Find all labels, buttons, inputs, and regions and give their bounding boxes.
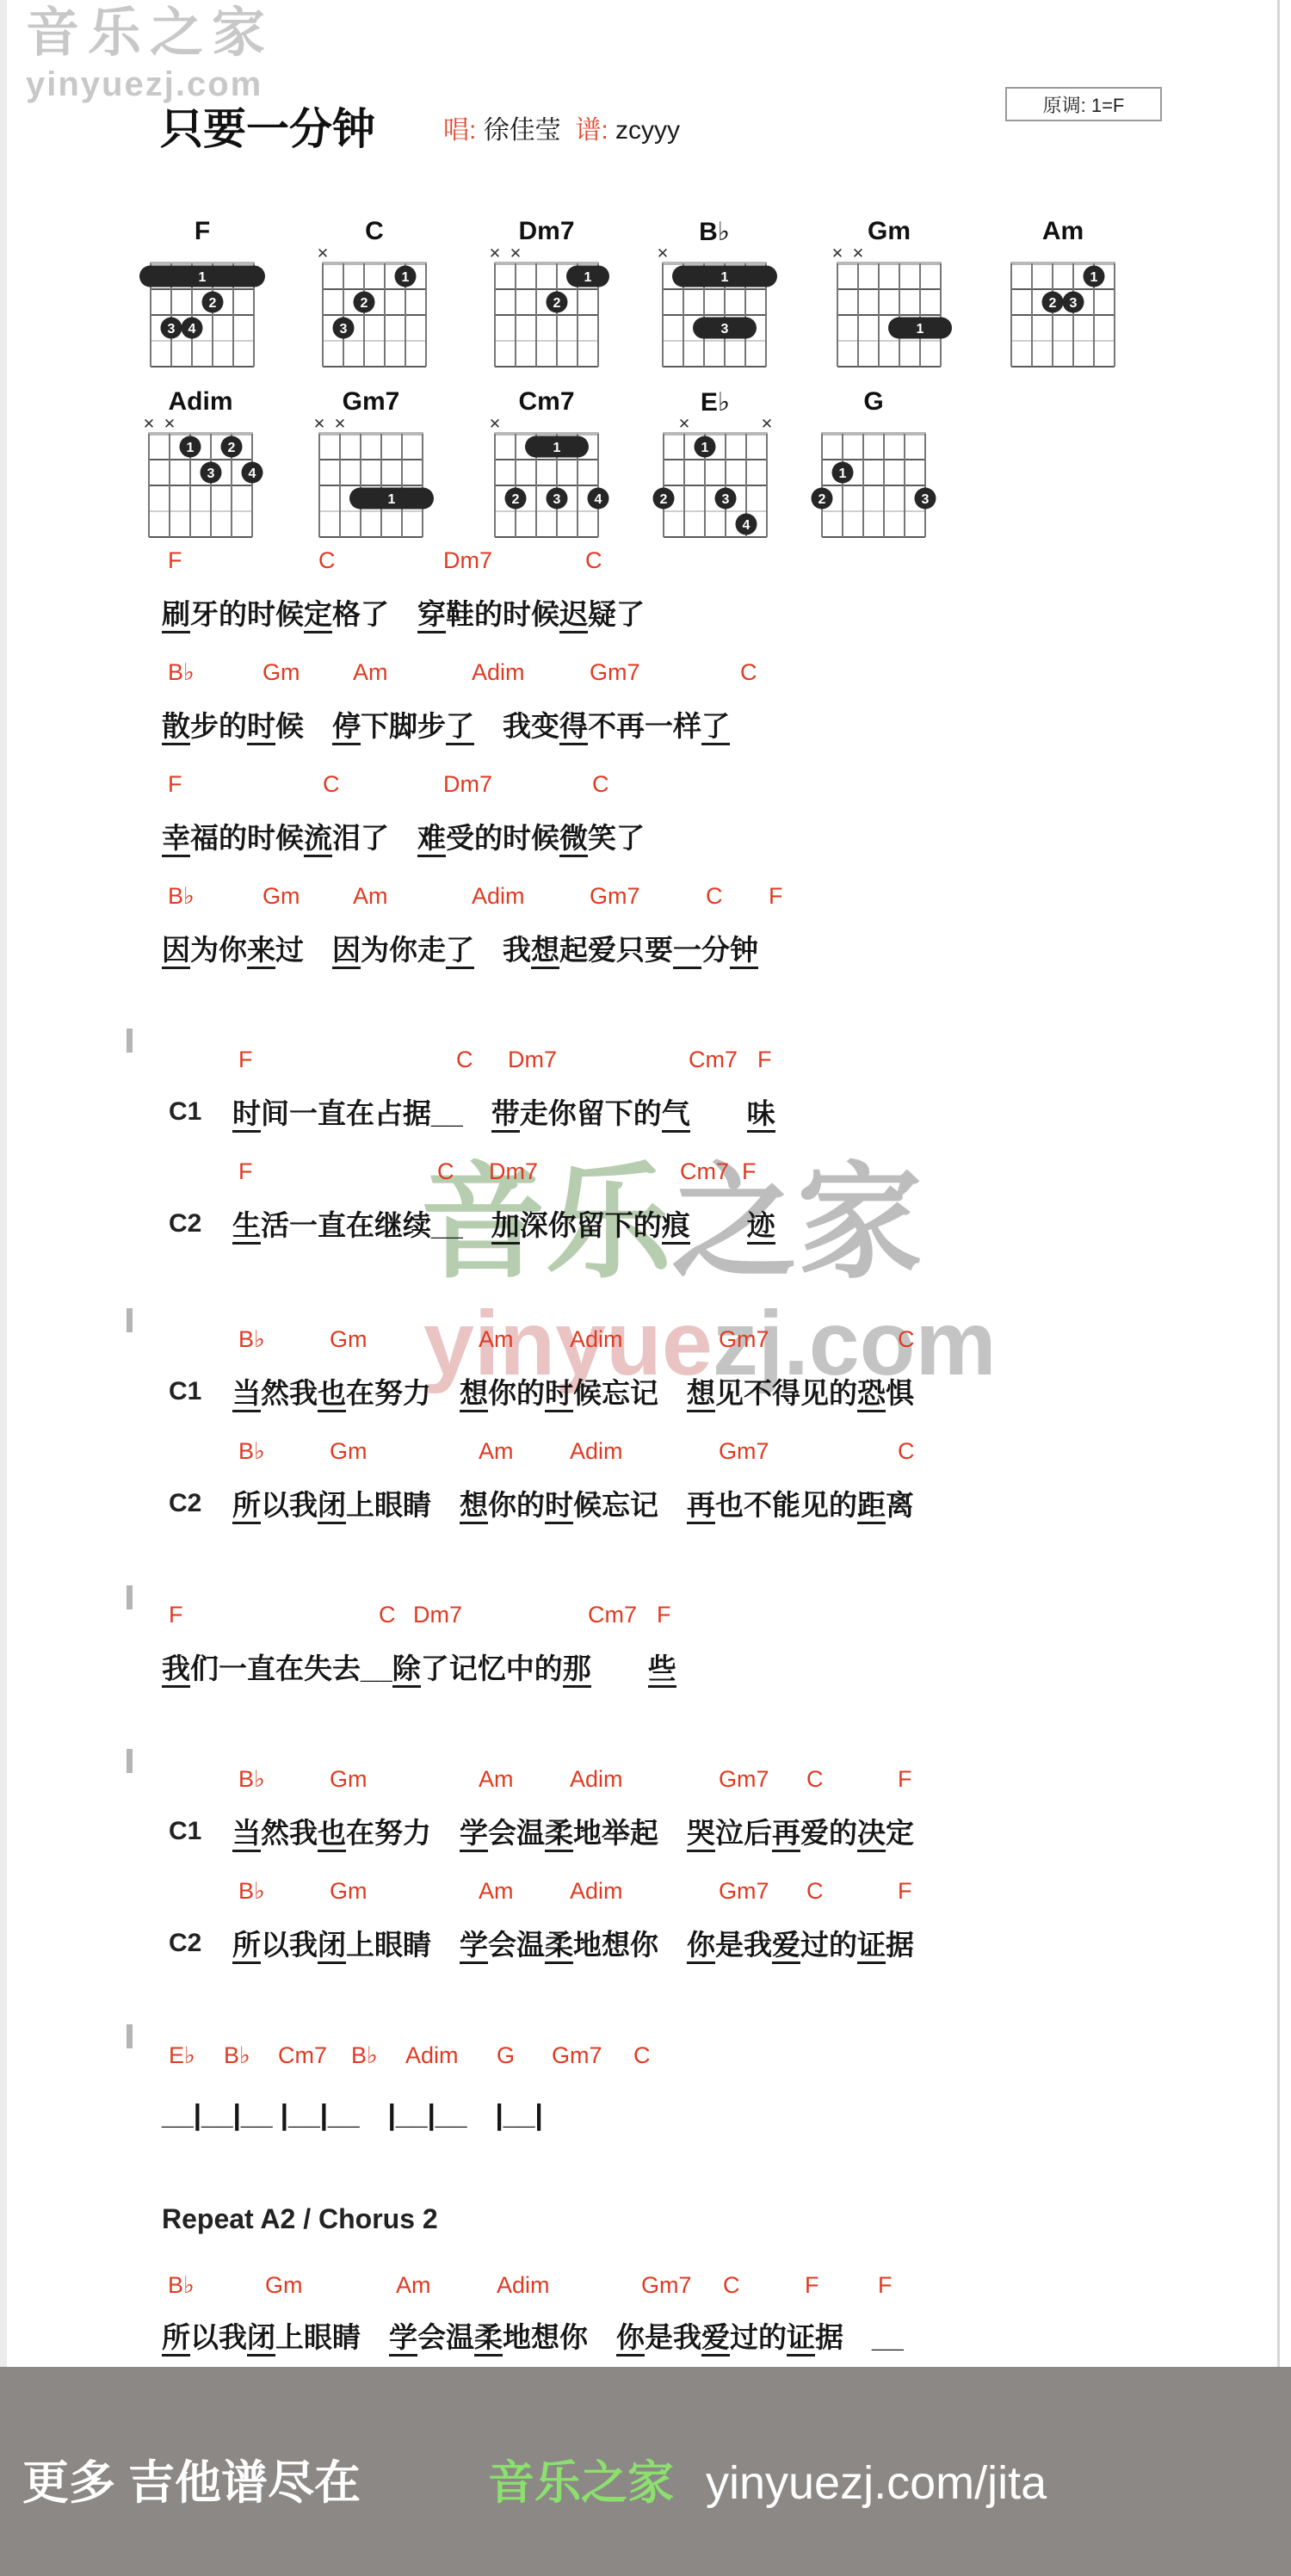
underlined-syllable: 学: [460, 1929, 488, 1964]
underlined-syllable: 那: [563, 1652, 591, 1688]
underlined-syllable: 带: [491, 1097, 520, 1133]
muted-string-x-icon: ✕: [831, 245, 843, 262]
underlined-syllable: 除: [392, 1652, 421, 1688]
chord-symbol: Gm: [265, 2272, 303, 2299]
underlined-syllable: 距: [857, 1489, 886, 1524]
muted-string-x-icon: ✕: [761, 416, 773, 432]
chorus-label-C1: C1: [169, 1377, 201, 1406]
underlined-syllable: 想: [460, 1377, 488, 1412]
chord-symbol: B♭: [238, 1326, 265, 1353]
chord-diagram-E♭: E♭✕✕1234: [651, 387, 780, 548]
chord-diagram-label: C: [310, 217, 439, 244]
chord-diagram-Adim: Adim✕✕1234: [136, 387, 265, 548]
chord-symbol: G: [497, 2042, 515, 2069]
svg-text:1: 1: [553, 441, 561, 455]
underlined-syllable: 闭: [318, 1489, 346, 1524]
svg-text:4: 4: [743, 518, 751, 533]
chord-symbol: F: [238, 1158, 253, 1185]
lyric-line-1: 刷牙的时候定格了 穿鞋的时候迟疑了: [0, 598, 1291, 639]
muted-string-x-icon: ✕: [678, 416, 690, 432]
section-marker: [127, 2024, 133, 2048]
chord-symbol: F: [898, 1878, 912, 1905]
chord-symbol: Gm: [330, 1326, 368, 1353]
underlined-syllable: 痕: [662, 1209, 690, 1245]
chord-line-12: E♭B♭Cm7B♭AdimGGm7C: [0, 2042, 1291, 2072]
lyric-line-5: C1时间一直在占据__ 带走你留下的气 味: [0, 1097, 1291, 1139]
chord-symbol: Adim: [497, 2272, 550, 2299]
underlined-syllable: 了: [701, 710, 730, 745]
underlined-syllable: 想: [531, 934, 559, 969]
svg-text:3: 3: [553, 492, 561, 507]
chord-grid-svg: ✕✕1: [306, 415, 435, 544]
svg-text:1: 1: [917, 322, 924, 337]
underlined-syllable: 想: [687, 1377, 715, 1412]
svg-text:3: 3: [1070, 296, 1078, 311]
underlined-syllable: 你: [616, 2321, 645, 2357]
chord-symbol: Adim: [472, 659, 525, 686]
underlined-syllable: 生: [232, 1209, 261, 1245]
muted-string-x-icon: ✕: [510, 245, 522, 262]
svg-text:2: 2: [818, 492, 826, 507]
svg-text:3: 3: [340, 322, 348, 337]
chord-symbol: Dm7: [443, 771, 492, 798]
lyric-text: 散步的时候 停下脚步了 我变得不再一样了: [162, 710, 730, 743]
chord-symbol: F: [657, 1602, 671, 1628]
chord-grid-svg: ✕1234: [482, 415, 611, 544]
svg-text:1: 1: [402, 270, 410, 285]
underlined-syllable: 因: [332, 934, 361, 969]
underlined-syllable: 再: [687, 1489, 715, 1524]
chord-symbol: Am: [353, 883, 388, 910]
chord-diagram-C: C✕123: [310, 217, 439, 378]
chord-symbol: Cm7: [278, 2042, 327, 2069]
singer-name: 徐佳莹: [484, 116, 561, 145]
chord-symbol: Dm7: [508, 1047, 557, 1073]
underlined-syllable: 证: [787, 2321, 815, 2357]
chord-symbol: Am: [396, 2272, 431, 2299]
chord-diagram-label: Am: [998, 217, 1127, 244]
svg-text:1: 1: [388, 492, 396, 507]
chord-diagram-label: Gm7: [306, 387, 435, 415]
muted-string-x-icon: ✕: [164, 416, 176, 432]
chord-symbol: Gm: [330, 1438, 368, 1465]
lyric-line-8: C2所以我闭上眼睛 想你的时候忘记 再也不能见的距离: [0, 1489, 1291, 1530]
chord-diagram-F: F1234: [138, 217, 267, 378]
chord-symbol: Gm7: [719, 1766, 769, 1793]
lyric-line-9: 我们一直在失去__除了记忆中的那 些: [0, 1652, 1291, 1694]
lyric-line-10: C1当然我也在努力 学会温柔地举起 哭泣后再爱的决定: [0, 1817, 1291, 1858]
svg-text:2: 2: [228, 441, 236, 455]
lyric-text: 所以我闭上眼睛 学会温柔地想你 你是我爱过的证据 __: [162, 2321, 904, 2354]
underlined-syllable: 得: [559, 710, 588, 745]
chord-grid-svg: ✕123: [310, 244, 439, 374]
lyric-text: 当然我也在努力 学会温柔地举起 哭泣后再爱的决定: [232, 1817, 914, 1850]
chord-grid-svg: ✕✕1234: [136, 415, 265, 544]
svg-text:3: 3: [722, 492, 730, 507]
underlined-syllable: 时: [545, 1377, 573, 1412]
chorus-label-C1: C1: [169, 1097, 201, 1127]
lyric-line-13: 所以我闭上眼睛 学会温柔地想你 你是我爱过的证据 __: [0, 2321, 1291, 2363]
lyric-line-11: C2所以我闭上眼睛 学会温柔地想你 你是我爱过的证据: [0, 1929, 1291, 1970]
chord-symbol: Gm: [263, 883, 300, 910]
underlined-syllable: 爱: [701, 2321, 730, 2357]
chord-symbol: F: [169, 1602, 183, 1628]
site-logo: 音乐之家 yinyuezj.com: [26, 7, 274, 102]
underlined-syllable: 恐: [857, 1377, 886, 1412]
underlined-syllable: 学: [389, 2321, 417, 2357]
svg-text:2: 2: [1049, 296, 1057, 311]
chord-symbol: Gm7: [719, 1878, 769, 1905]
underlined-syllable: 难: [417, 822, 446, 857]
chord-symbol: F: [742, 1158, 757, 1185]
footer-bar: 更多 吉他谱尽在 音乐之家 yinyuezj.com/jita: [0, 2367, 1291, 2576]
underlined-syllable: 闭: [318, 1929, 346, 1964]
chord-diagram-label: F: [138, 217, 267, 244]
underlined-syllable: 时: [545, 1489, 573, 1524]
chord-symbol: Dm7: [443, 547, 492, 574]
underlined-syllable: 了: [446, 710, 474, 745]
underlined-syllable: 你: [687, 1929, 715, 1964]
muted-string-x-icon: ✕: [317, 245, 329, 262]
lyric-line-4: 因为你来过 因为你走了 我想起爱只要一分钟: [0, 934, 1291, 975]
chord-symbol: B♭: [238, 1766, 265, 1793]
lyric-line-2: 散步的时候 停下脚步了 我变得不再一样了: [0, 710, 1291, 751]
chord-line-1: FCDm7C: [0, 547, 1291, 577]
svg-text:1: 1: [721, 270, 729, 285]
chord-symbol: F: [898, 1766, 912, 1793]
underlined-syllable: 决: [857, 1817, 886, 1852]
chord-grid-svg: ✕✕1: [825, 244, 954, 374]
underlined-syllable: 也: [318, 1817, 346, 1852]
underlined-syllable: 哭: [687, 1817, 715, 1852]
chord-symbol: Adim: [570, 1326, 623, 1353]
original-key-box: 原调: 1=F: [1005, 87, 1162, 121]
underlined-syllable: 散: [162, 710, 190, 745]
muted-string-x-icon: ✕: [657, 245, 669, 262]
chord-symbol: C: [706, 883, 723, 910]
arranger-name: zcyyy: [615, 116, 680, 145]
underlined-syllable: 幸: [162, 822, 190, 857]
muted-string-x-icon: ✕: [489, 416, 501, 432]
chord-grid-svg: 123: [809, 415, 938, 544]
underlined-syllable: 流: [304, 822, 332, 857]
muted-string-x-icon: ✕: [143, 416, 155, 432]
chord-symbol: F: [769, 883, 783, 910]
svg-text:2: 2: [512, 492, 520, 507]
lyric-text: 当然我也在努力 想你的时候忘记 想见不得见的恐惧: [232, 1377, 914, 1410]
chord-sheet-page: 音乐之家 yinyuezj.com 只要一分钟 唱: 徐佳莹 谱: zcyyy …: [0, 0, 1291, 2576]
chord-symbol: F: [757, 1047, 772, 1073]
chord-symbol: B♭: [238, 1438, 265, 1465]
chord-symbol: B♭: [168, 883, 195, 910]
underlined-syllable: 了: [446, 934, 474, 969]
chord-diagram-Gm: Gm✕✕1: [825, 217, 954, 378]
song-title: 只要一分钟: [160, 95, 375, 157]
underlined-syllable: 气: [662, 1097, 690, 1133]
underlined-syllable: 因: [162, 934, 190, 969]
chord-grid-svg: ✕13: [650, 244, 779, 374]
underlined-syllable: 味: [747, 1097, 775, 1133]
underlined-syllable: 柔: [474, 2321, 503, 2357]
chord-diagram-label: Cm7: [482, 387, 611, 415]
underlined-syllable: 柔: [545, 1817, 573, 1852]
underlined-syllable: 所: [232, 1929, 261, 1964]
sing-label: 唱:: [443, 116, 476, 145]
muted-string-x-icon: ✕: [313, 416, 325, 432]
svg-text:1: 1: [839, 466, 847, 481]
chord-symbol: F: [168, 771, 182, 798]
svg-text:4: 4: [249, 466, 256, 481]
chord-symbol: C: [318, 547, 336, 574]
chorus-label-C2: C2: [169, 1929, 201, 1958]
chord-grid-svg: 1234: [138, 244, 267, 374]
chord-symbol: Gm7: [590, 659, 640, 686]
chord-symbol: E♭: [169, 2042, 195, 2069]
chorus-label-C2: C2: [169, 1489, 201, 1518]
chord-symbol: Gm7: [719, 1438, 769, 1465]
chord-line-11: B♭GmAmAdimGm7CF: [0, 1878, 1291, 1907]
section-marker: [127, 1585, 133, 1609]
chord-symbol: Gm: [330, 1878, 368, 1905]
chord-line-6: FCDm7Cm7F: [0, 1158, 1291, 1188]
chord-symbol: B♭: [224, 2042, 250, 2069]
chord-symbol: C: [898, 1438, 915, 1465]
lyric-text: __|__|__ |__|__ |__|__ |__|: [162, 2098, 543, 2131]
chord-symbol: C: [723, 2272, 740, 2299]
chord-symbol: C: [633, 2042, 651, 2069]
svg-text:2: 2: [209, 296, 217, 311]
lyric-text: 所以我闭上眼睛 想你的时候忘记 再也不能见的距离: [232, 1489, 914, 1522]
underlined-syllable: 些: [648, 1652, 676, 1688]
underlined-syllable: 爱: [772, 1929, 800, 1964]
chorus-label-C1: C1: [169, 1817, 201, 1846]
chord-symbol: C: [437, 1158, 454, 1185]
repeat-instruction: Repeat A2 / Chorus 2: [162, 2203, 438, 2235]
chorus-label-C2: C2: [169, 1209, 201, 1239]
chord-symbol: C: [740, 659, 757, 686]
underlined-syllable: 再: [772, 1817, 800, 1852]
svg-text:2: 2: [553, 296, 561, 311]
underlined-syllable: 迹: [747, 1209, 775, 1245]
chord-symbol: Am: [479, 1766, 514, 1793]
chord-symbol: C: [379, 1602, 396, 1628]
underlined-syllable: 穿: [417, 598, 446, 633]
chord-symbol: B♭: [238, 1878, 265, 1905]
credits: 唱: 徐佳莹 谱: zcyyy: [443, 108, 680, 146]
chord-diagram-Gm7: Gm7✕✕1: [306, 387, 435, 548]
chord-symbol: Gm7: [641, 2272, 692, 2299]
underlined-syllable: 来: [247, 934, 275, 969]
underlined-syllable: 一: [673, 934, 701, 969]
chord-symbol: Gm7: [552, 2042, 602, 2069]
chord-symbol: Adim: [570, 1766, 623, 1793]
chord-symbol: F: [168, 547, 182, 574]
underlined-syllable: 刷: [162, 598, 190, 633]
chord-symbol: C: [585, 547, 602, 574]
chord-symbol: Dm7: [489, 1158, 538, 1185]
site-logo-cn: 音乐之家: [26, 7, 274, 60]
chord-diagram-G: G123: [809, 387, 938, 548]
lyric-text: 幸福的时候流泪了 难受的时候微笑了: [162, 822, 645, 855]
svg-text:2: 2: [660, 492, 668, 507]
chord-symbol: F: [878, 2272, 893, 2299]
chord-symbol: Adim: [570, 1438, 623, 1465]
chord-diagram-label: Dm7: [482, 217, 611, 244]
chord-symbol: B♭: [351, 2042, 378, 2069]
chord-symbol: Cm7: [689, 1047, 738, 1073]
svg-text:1: 1: [187, 441, 195, 455]
chord-diagram-Dm7: Dm7✕✕12: [482, 217, 611, 378]
lyric-text: 刷牙的时候定格了 穿鞋的时候迟疑了: [162, 598, 645, 631]
muted-string-x-icon: ✕: [489, 245, 501, 262]
chord-symbol: C: [806, 1878, 824, 1905]
chord-symbol: Dm7: [413, 1602, 462, 1628]
underlined-syllable: 加: [491, 1209, 520, 1245]
svg-text:1: 1: [199, 270, 207, 285]
chord-symbol: Adim: [405, 2042, 459, 2069]
underlined-syllable: 定: [304, 598, 332, 633]
underlined-syllable: 停: [332, 710, 361, 745]
chord-diagram-B♭: B♭✕13: [650, 217, 779, 378]
section-marker: [127, 1749, 133, 1773]
chord-symbol: C: [323, 771, 340, 798]
underlined-syllable: 我: [162, 1652, 190, 1688]
chord-line-13: B♭GmAmAdimGm7CFF: [0, 2272, 1291, 2301]
footer-site-url: yinyuezj.com/jita: [706, 2460, 1047, 2506]
chord-grid-svg: 123: [998, 244, 1127, 374]
lyric-line-3: 幸福的时候流泪了 难受的时候微笑了: [0, 822, 1291, 863]
chord-symbol: Adim: [570, 1878, 623, 1905]
chord-diagram-label: Gm: [825, 217, 954, 244]
underlined-syllable: 证: [857, 1929, 886, 1964]
chord-diagram-Cm7: Cm7✕1234: [482, 387, 611, 548]
underlined-syllable: 所: [232, 1489, 261, 1524]
chord-symbol: Am: [479, 1878, 514, 1905]
lyric-line-6: C2生活一直在继续__ 加深你留下的痕 迹: [0, 1209, 1291, 1251]
svg-text:3: 3: [922, 492, 930, 507]
section-marker: [127, 1308, 133, 1332]
underlined-syllable: 学: [460, 1817, 488, 1852]
original-key-text: 原调: 1=F: [1043, 91, 1125, 118]
svg-text:3: 3: [207, 466, 215, 481]
underlined-syllable: 也: [318, 1377, 346, 1412]
svg-text:1: 1: [1090, 270, 1098, 285]
chord-line-2: B♭GmAmAdimGm7C: [0, 659, 1291, 689]
footer-more-text: 更多 吉他谱尽在: [22, 2460, 361, 2506]
chord-line-3: FCDm7C: [0, 771, 1291, 800]
underlined-syllable: 钟: [730, 934, 758, 969]
chord-line-10: B♭GmAmAdimGm7CF: [0, 1766, 1291, 1795]
chord-symbol: Gm7: [590, 883, 640, 910]
lyric-text: 因为你来过 因为你走了 我想起爱只要一分钟: [162, 934, 758, 967]
svg-text:4: 4: [595, 492, 602, 507]
chord-symbol: Am: [353, 659, 388, 686]
chord-symbol: C: [592, 771, 609, 798]
underlined-syllable: 迟: [559, 598, 588, 633]
underlined-syllable: 时: [232, 1097, 261, 1133]
lyric-text: 所以我闭上眼睛 学会温柔地想你 你是我爱过的证据: [232, 1929, 914, 1961]
chord-diagram-label: B♭: [650, 217, 779, 244]
chord-symbol: C: [898, 1326, 915, 1353]
muted-string-x-icon: ✕: [334, 416, 346, 432]
svg-text:2: 2: [361, 296, 368, 311]
chord-symbol: Am: [479, 1326, 514, 1353]
lyric-text: 我们一直在失去__除了记忆中的那 些: [162, 1652, 676, 1685]
chord-symbol: F: [238, 1047, 253, 1073]
chord-diagram-label: E♭: [651, 387, 780, 415]
chord-symbol: Cm7: [680, 1158, 729, 1185]
underlined-syllable: 想: [460, 1489, 488, 1524]
chord-symbol: B♭: [168, 659, 195, 686]
chord-symbol: F: [805, 2272, 819, 2299]
chord-symbol: C: [456, 1047, 473, 1073]
chord-symbol: Cm7: [588, 1602, 637, 1628]
underlined-syllable: 微: [559, 822, 588, 857]
underlined-syllable: 柔: [545, 1929, 573, 1964]
underlined-syllable: 当: [232, 1817, 261, 1852]
chord-diagram-label: Adim: [136, 387, 265, 415]
chord-symbol: Adim: [472, 883, 525, 910]
svg-text:1: 1: [584, 270, 592, 285]
lyric-line-12: __|__|__ |__|__ |__|__ |__|: [0, 2098, 1291, 2140]
chord-symbol: Am: [479, 1438, 514, 1465]
lyric-text: 生活一直在继续__ 加深你留下的痕 迹: [232, 1209, 775, 1242]
svg-text:3: 3: [168, 322, 176, 337]
underlined-syllable: 当: [232, 1377, 261, 1412]
chord-symbol: C: [806, 1766, 824, 1793]
lyric-line-7: C1当然我也在努力 想你的时候忘记 想见不得见的恐惧: [0, 1377, 1291, 1418]
chord-symbol: Gm: [263, 659, 300, 686]
chord-line-7: B♭GmAmAdimGm7C: [0, 1326, 1291, 1356]
underlined-syllable: 时: [247, 710, 275, 745]
chord-line-4: B♭GmAmAdimGm7CF: [0, 883, 1291, 912]
section-marker: [127, 1029, 133, 1053]
chord-diagram-label: G: [809, 387, 938, 415]
underlined-syllable: 闭: [247, 2321, 275, 2357]
lyric-text: 时间一直在占据__ 带走你留下的气 味: [232, 1097, 775, 1130]
svg-text:4: 4: [188, 322, 196, 337]
chord-grid-svg: ✕✕1234: [651, 415, 780, 544]
chord-symbol: Gm: [330, 1766, 368, 1793]
chord-symbol: Gm7: [719, 1326, 769, 1353]
svg-text:1: 1: [701, 441, 709, 455]
muted-string-x-icon: ✕: [852, 245, 864, 262]
chord-line-5: FCDm7Cm7F: [0, 1047, 1291, 1076]
svg-text:3: 3: [721, 322, 729, 337]
underlined-syllable: 所: [162, 2321, 190, 2357]
chord-line-8: B♭GmAmAdimGm7C: [0, 1438, 1291, 1467]
footer-site-logo: 音乐之家: [488, 2460, 674, 2506]
arrange-label: 谱:: [575, 116, 608, 145]
chord-line-9: FCDm7Cm7F: [0, 1602, 1291, 1631]
chord-symbol: B♭: [168, 2272, 195, 2299]
chord-diagram-Am: Am123: [998, 217, 1127, 378]
chord-grid-svg: ✕✕12: [482, 244, 611, 374]
